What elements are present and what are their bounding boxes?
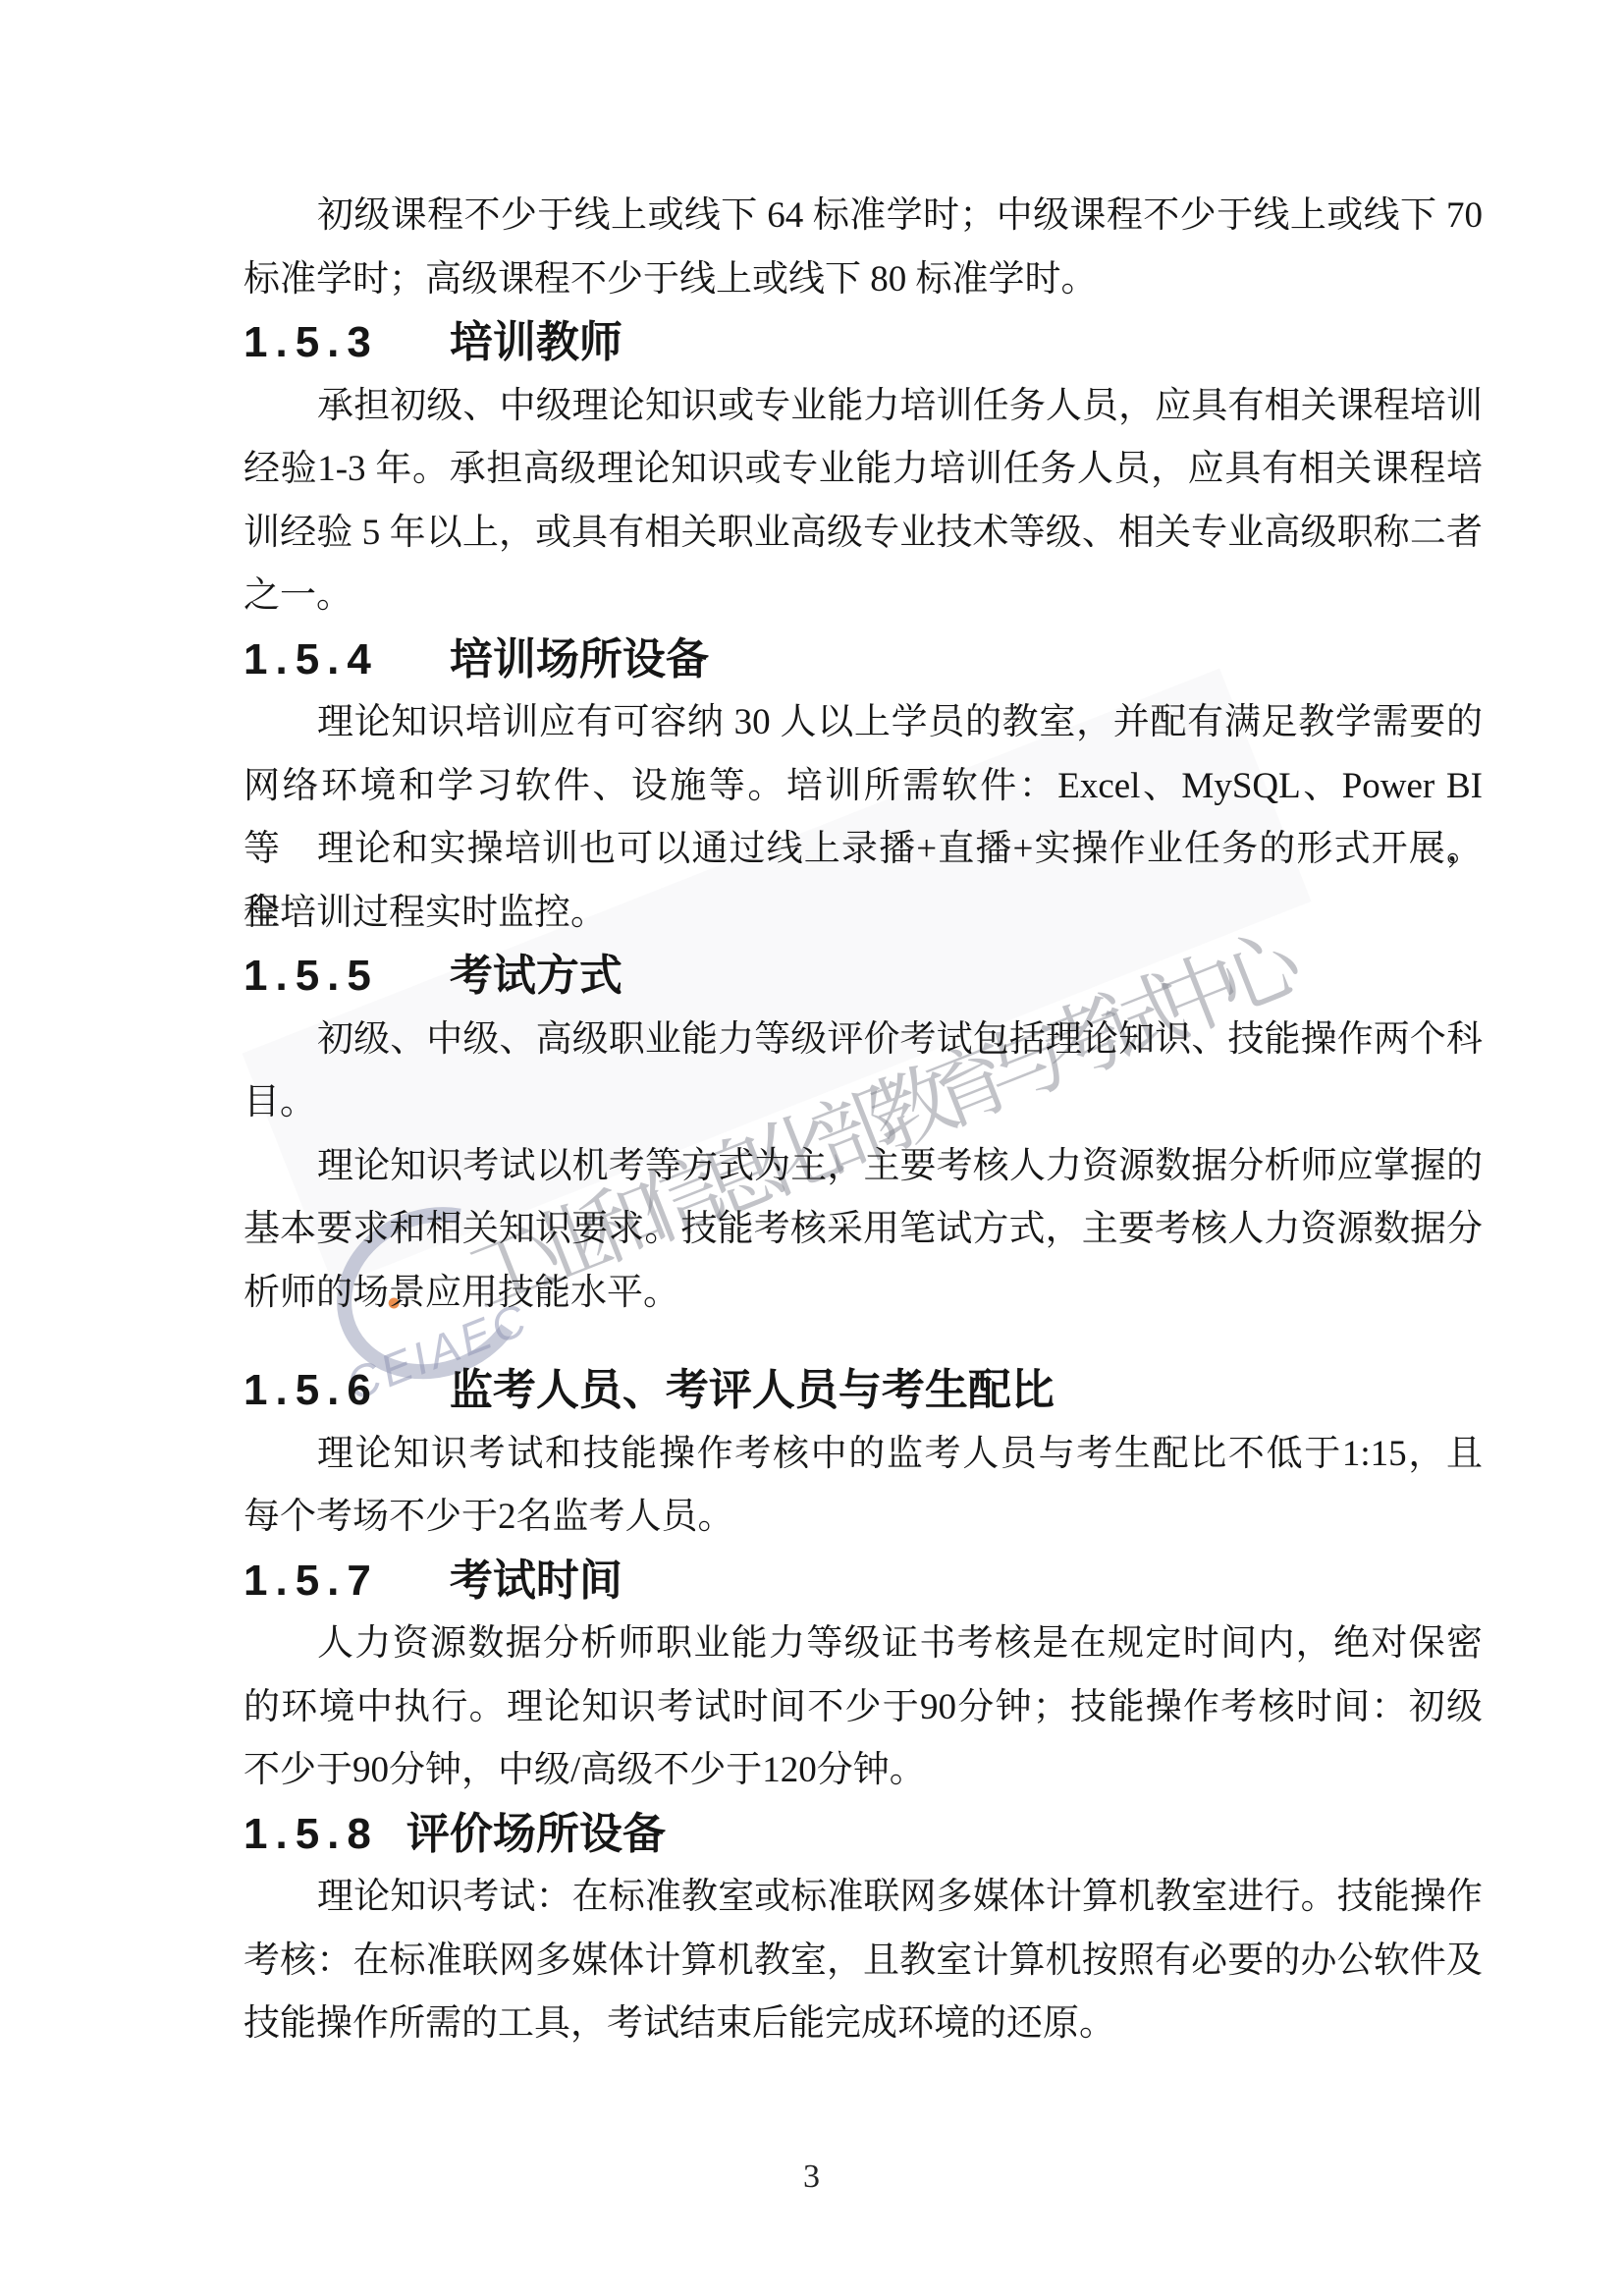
text-line: 标准学时；高级课程不少于线上或线下 80 标准学时。 [243,248,1483,312]
text-line: 初级课程不少于线上或线下 64 标准学时；中级课程不少于线上或线下 70 [243,185,1483,248]
heading-number: 1.5.3 [243,318,379,366]
text-line: 训经验 5 年以上，或具有相关职业高级专业技术等级、相关专业高级职称二者 [243,502,1483,566]
text-line: 目。 [243,1071,1483,1135]
text-line: 理论知识培训应有可容纳 30 人以上学员的教室，并配有满足教学需要的 [243,691,1483,755]
heading-number: 1.5.7 [243,1557,379,1605]
text-line: 理论和实操培训也可以通过线上录播+直播+实操作业任务的形式开展，全 [243,818,1483,882]
heading-number: 1.5.6 [243,1366,379,1414]
section-heading: 1.5.8评价场所设备 [243,1803,1483,1867]
document-body: 初级课程不少于线上或线下 64 标准学时；中级课程不少于线上或线下 70标准学时… [243,185,1483,2056]
text-line: 网络环境和学习软件、设施等。培训所需软件：Excel、MySQL、Power B… [243,755,1483,819]
text-line: 理论知识考试以机考等方式为主，主要考核人力资源数据分析师应掌握的 [243,1135,1483,1199]
heading-title: 考试时间 [450,1557,622,1605]
text-line: 程培训过程实时监控。 [243,882,1483,946]
section-heading: 1.5.6监考人员、考评人员与考生配比 [243,1359,1483,1423]
section-heading: 1.5.3培训教师 [243,311,1483,375]
text-line: 的环境中执行。理论知识考试时间不少于90分钟；技能操作考核时间：初级 [243,1676,1483,1740]
text-line: 人力资源数据分析师职业能力等级证书考核是在规定时间内，绝对保密 [243,1613,1483,1676]
text-line: 初级、中级、高级职业能力等级评价考试包括理论知识、技能操作两个科 [243,1009,1483,1072]
text-line: 承担初级、中级理论知识或专业能力培训任务人员，应具有相关课程培训 [243,375,1483,439]
text-line: 析师的场景应用技能水平。 [243,1262,1483,1326]
heading-title: 培训教师 [450,318,622,366]
section-heading: 1.5.7考试时间 [243,1550,1483,1613]
section-heading: 1.5.4培训场所设备 [243,629,1483,692]
heading-title: 评价场所设备 [406,1810,666,1858]
document-page: CEIAEC 工业和信息化部教育与考试中心 初级课程不少于线上或线下 64 标准… [0,0,1623,2296]
section-heading: 1.5.5考试方式 [243,945,1483,1009]
text-line: 技能操作所需的工具，考试结束后能完成环境的还原。 [243,1993,1483,2056]
heading-title: 监考人员、考评人员与考生配比 [450,1366,1055,1414]
text-line: 不少于90分钟，中级/高级不少于120分钟。 [243,1739,1483,1803]
heading-title: 考试方式 [450,952,622,1000]
heading-number: 1.5.4 [243,635,379,683]
heading-title: 培训场所设备 [450,635,709,683]
text-line: 考核：在标准联网多媒体计算机教室，且教室计算机按照有必要的办公软件及 [243,1930,1483,1994]
text-line: 理论知识考试和技能操作考核中的监考人员与考生配比不低于1:15，且 [243,1423,1483,1487]
text-line: 之一。 [243,565,1483,629]
heading-number: 1.5.5 [243,952,379,1000]
heading-number: 1.5.8 [243,1810,379,1858]
text-line: 每个考场不少于2名监考人员。 [243,1486,1483,1550]
text-line: 基本要求和相关知识要求。技能考核采用笔试方式，主要考核人力资源数据分 [243,1198,1483,1262]
text-line: 理论知识考试：在标准教室或标准联网多媒体计算机教室进行。技能操作 [243,1866,1483,1930]
text-line: 经验1-3 年。承担高级理论知识或专业能力培训任务人员，应具有相关课程培 [243,438,1483,502]
page-number: 3 [0,2159,1623,2196]
